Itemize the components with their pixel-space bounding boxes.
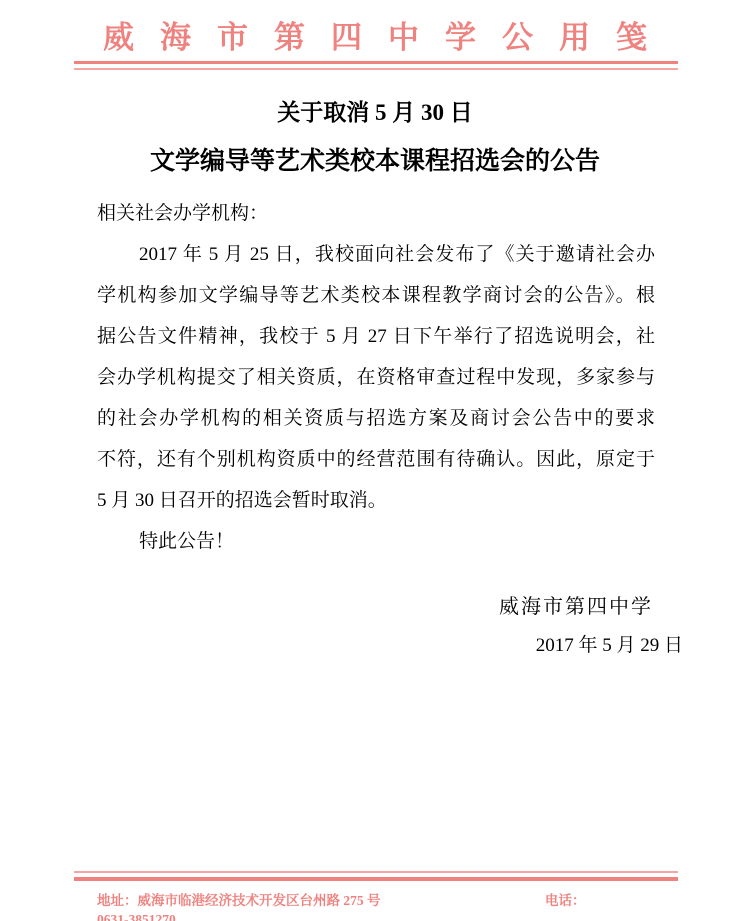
footer-rule-thin [74, 871, 678, 873]
header-rule-thin [74, 68, 678, 70]
footer-phone-number-clipped: 0631-3851270 [97, 912, 176, 921]
document-title-line-2: 文学编导等艺术类校本课程招选会的公告 [75, 141, 675, 177]
footer-phone-label: 电话： [545, 889, 586, 909]
signature-name: 威海市第四中学 [75, 590, 653, 619]
body-line: 5 月 30 日召开的招选会暂时取消。 [97, 480, 655, 521]
footer-address-label: 地址： [97, 893, 138, 908]
body-line: 不符，还有个别机构资质中的经营范围有待确认。因此，原定于 [97, 439, 655, 480]
letterhead-title: 威海市第四中学公用笺 [75, 12, 675, 57]
body-line: 学机构参加文学编导等艺术类校本课程教学商讨会的公告》。根 [97, 275, 655, 316]
header-rule-thick [74, 61, 678, 64]
letterhead-page: 威海市第四中学公用笺 关于取消 5 月 30 日 文学编导等艺术类校本课程招选会… [0, 0, 750, 921]
signature-date: 2017 年 5 月 29 日 [75, 630, 683, 657]
salutation-line: 相关社会办学机构： [97, 193, 655, 234]
closing-line: 特此公告！ [97, 521, 655, 562]
document-title-line-1: 关于取消 5 月 30 日 [75, 94, 675, 127]
body-line: 会办学机构提交了相关资质，在资格审查过程中发现，多家参与 [97, 357, 655, 398]
body-line: 2017 年 5 月 25 日，我校面向社会发布了《关于邀请社会办 [97, 234, 655, 275]
footer-address: 地址：威海市临港经济技术开发区台州路 275 号 [97, 889, 675, 909]
document-body: 相关社会办学机构： 2017 年 5 月 25 日，我校面向社会发布了《关于邀请… [97, 193, 655, 562]
body-line: 的社会办学机构的相关资质与招选方案及商讨会公告中的要求 [97, 398, 655, 439]
body-line: 据公告文件精神，我校于 5 月 27 日下午举行了招选说明会，社 [97, 316, 655, 357]
footer-rule-thick [74, 877, 678, 881]
footer-address-value: 威海市临港经济技术开发区台州路 275 号 [138, 893, 381, 908]
